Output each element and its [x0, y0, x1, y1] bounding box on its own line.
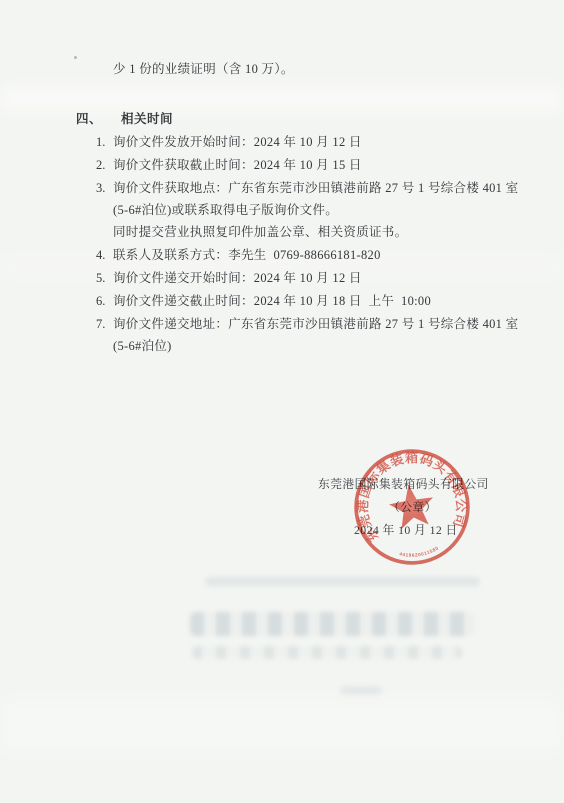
list-item: 1.询价文件发放开始时间：2024 年 10 月 12 日 — [96, 134, 362, 150]
bleedthrough-smudge — [205, 577, 480, 586]
item-number: 1. — [96, 134, 113, 150]
item-number: 6. — [96, 293, 113, 309]
list-item: 2.询价文件获取截止时间：2024 年 10 月 15 日 — [96, 157, 362, 173]
section-heading: 四、相关时间 — [76, 111, 173, 127]
item-number: 7. — [96, 316, 113, 332]
item-text: 询价文件递交开始时间：2024 年 10 月 12 日 — [113, 271, 362, 285]
document-page: 少 1 份的业绩证明（含 10 万）。 四、相关时间 1.询价文件发放开始时间：… — [0, 0, 564, 803]
list-item: 3.询价文件获取地点：广东省东莞市沙田镇港前路 27 号 1 号综合楼 401 … — [96, 180, 518, 196]
item-text: 询价文件获取截止时间：2024 年 10 月 15 日 — [113, 158, 362, 172]
scan-artifact-band — [0, 700, 564, 750]
seal-serial-number: 4419620011580 — [398, 545, 440, 560]
scan-artifact-band — [0, 84, 564, 114]
scan-speck — [74, 56, 77, 59]
item-text: 询价文件递交截止时间：2024 年 10 月 18 日 上午 10:00 — [113, 294, 431, 308]
item-text: 联系人及联系方式：李先生 0769-88666181-820 — [113, 248, 381, 262]
signature-company-name: 东莞港国际集装箱码头有限公司 — [318, 477, 489, 492]
item-number: 3. — [96, 180, 113, 196]
list-item: 4.联系人及联系方式：李先生 0769-88666181-820 — [96, 247, 381, 263]
section-number: 四、 — [76, 112, 102, 126]
item-number: 2. — [96, 157, 113, 173]
bleedthrough-smudge — [340, 686, 382, 695]
item-text: 询价文件发放开始时间：2024 年 10 月 12 日 — [113, 135, 362, 149]
item-continuation: (5-6#泊位) — [113, 338, 172, 354]
section-title: 相关时间 — [121, 111, 173, 127]
signature-seal-label: （公章） — [388, 500, 437, 515]
bleedthrough-smudge — [192, 646, 462, 659]
list-item: 6.询价文件递交截止时间：2024 年 10 月 18 日 上午 10:00 — [96, 293, 431, 309]
item-text: 询价文件递交地址：广东省东莞市沙田镇港前路 27 号 1 号综合楼 401 室 — [113, 317, 518, 331]
item-text: 询价文件获取地点：广东省东莞市沙田镇港前路 27 号 1 号综合楼 401 室 — [113, 181, 518, 195]
signature-date: 2024 年 10 月 12 日 — [354, 523, 458, 538]
intro-line: 少 1 份的业绩证明（含 10 万）。 — [113, 61, 294, 77]
svg-text:4419620011580: 4419620011580 — [398, 545, 440, 560]
item-continuation: (5-6#泊位)或联系取得电子版询价文件。 — [113, 202, 338, 218]
item-continuation: 同时提交营业执照复印件加盖公章、相关资质证书。 — [113, 224, 407, 240]
list-item: 7.询价文件递交地址：广东省东莞市沙田镇港前路 27 号 1 号综合楼 401 … — [96, 316, 518, 332]
item-number: 4. — [96, 247, 113, 263]
item-number: 5. — [96, 270, 113, 286]
bleedthrough-smudge — [190, 612, 475, 636]
list-item: 5.询价文件递交开始时间：2024 年 10 月 12 日 — [96, 270, 362, 286]
